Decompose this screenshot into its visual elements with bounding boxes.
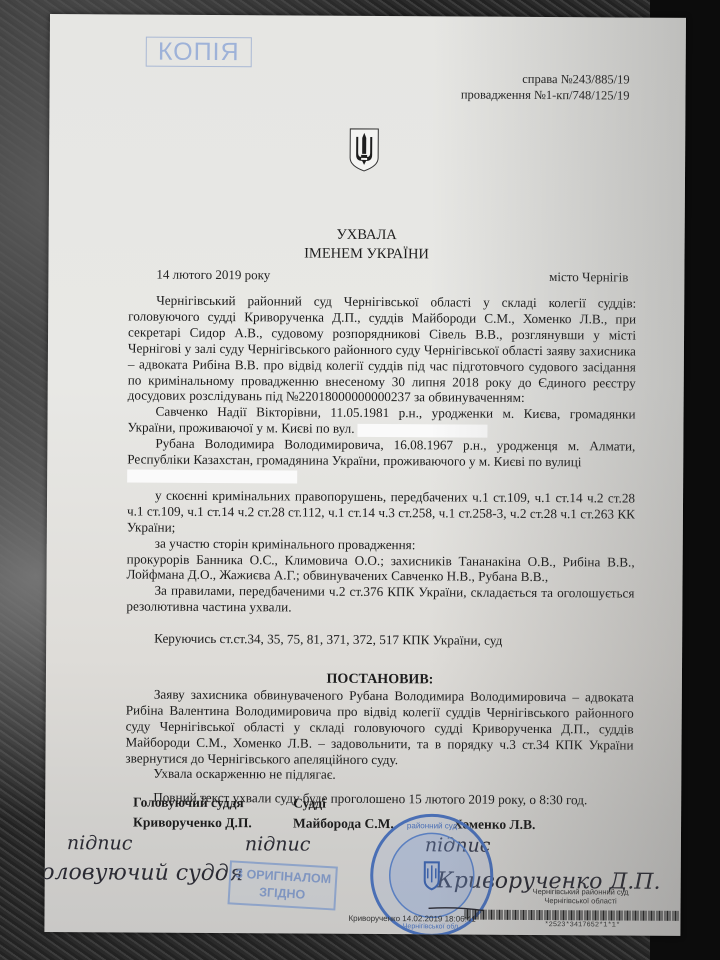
accused-2-paragraph: Рубана Володимира Володимировича, 16.08.…	[127, 436, 635, 471]
parties-paragraph: прокурорів Банника О.С., Климовича О.О.;…	[127, 551, 635, 586]
redaction	[127, 470, 297, 484]
barcode-text: *2523*3417652*1*1*	[544, 921, 620, 929]
case-number: справа №243/885/19	[461, 71, 630, 88]
svg-text:районний суд: районний суд	[407, 821, 458, 830]
document-subtitle: ІМЕНЕМ УКРАЇНИ	[48, 243, 684, 266]
redaction	[358, 424, 488, 438]
redacted-address	[127, 467, 635, 486]
case-numbers: справа №243/885/19 провадження №1-кп/748…	[461, 71, 630, 104]
certified-copy-stamp: З ОРИГІНАЛОМ ЗГІДНО	[227, 860, 337, 910]
guided-by-paragraph: Керуючись ст.ст.34, 35, 75, 81, 371, 372…	[126, 631, 634, 650]
document-city: місто Чернігів	[549, 269, 628, 285]
proceeding-number: провадження №1-кп/748/125/19	[461, 87, 630, 104]
resolution-paragraph: Заяву захисника обвинуваченого Рубана Во…	[125, 686, 633, 769]
electronic-signature-line: Криворученко 14.02.2019 18:06:41	[348, 914, 475, 924]
court-document-page: КОПІЯ справа №243/885/19 провадження №1-…	[44, 14, 686, 936]
ukraine-coat-of-arms-icon	[349, 128, 379, 172]
presiding-judge: Головуючий суддя Криворученко Д.П.	[133, 793, 252, 834]
document-body: Чернігівський районний суд Чернігівської…	[125, 292, 636, 808]
court-name-mark: Чернігівський районний суд Чернігівської…	[533, 887, 629, 906]
signed-mark-presiding: підпис	[67, 832, 133, 854]
copy-stamp: КОПІЯ	[146, 37, 252, 68]
handwritten-presiding: Головуючий суддя	[44, 860, 243, 886]
accused-1-paragraph: Савченко Надії Вікторівни, 11.05.1981 р.…	[127, 404, 635, 439]
rules-paragraph: За правилами, передбаченими ч.2 ст.376 К…	[126, 583, 634, 618]
date-line: 14 лютого 2019 року місто Чернігів	[156, 267, 628, 286]
charges-paragraph: у скоєнні кримінальних правопорушень, пе…	[127, 487, 635, 538]
intro-paragraph: Чернігівський районний суд Чернігівської…	[128, 292, 637, 406]
document-date: 14 лютого 2019 року	[156, 267, 270, 284]
document-heading: УХВАЛА ІМЕНЕМ УКРАЇНИ	[48, 224, 684, 266]
barcode-icon	[464, 910, 678, 921]
signed-mark-judge-1: підпис	[245, 833, 311, 855]
